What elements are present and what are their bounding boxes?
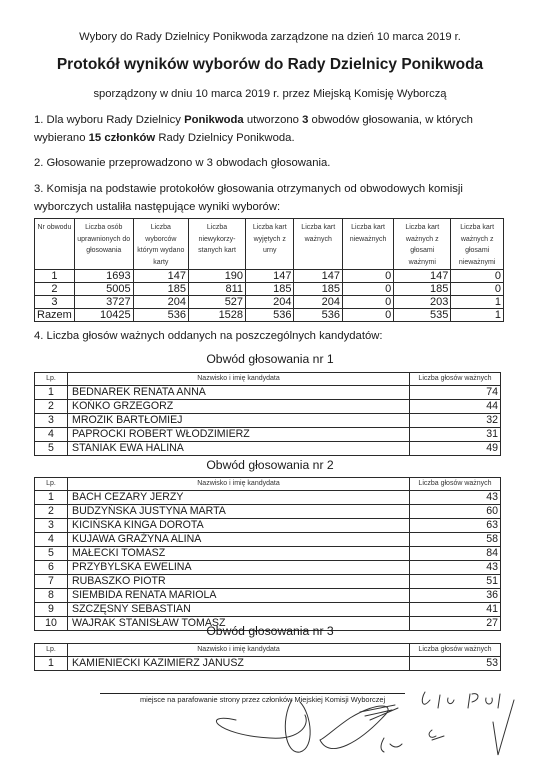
signature-4-icon: [360, 705, 398, 720]
signatures: [0, 0, 540, 764]
signature-initials-2-icon: [429, 730, 444, 740]
signature-checkmark-icon: [493, 700, 514, 755]
signature-initials-1-icon: [381, 738, 402, 752]
signature-2-icon: [285, 700, 310, 752]
signature-3-icon: [320, 706, 388, 749]
signature-1-icon: [216, 715, 306, 738]
signature-piotr-popiel-icon: [422, 692, 500, 708]
